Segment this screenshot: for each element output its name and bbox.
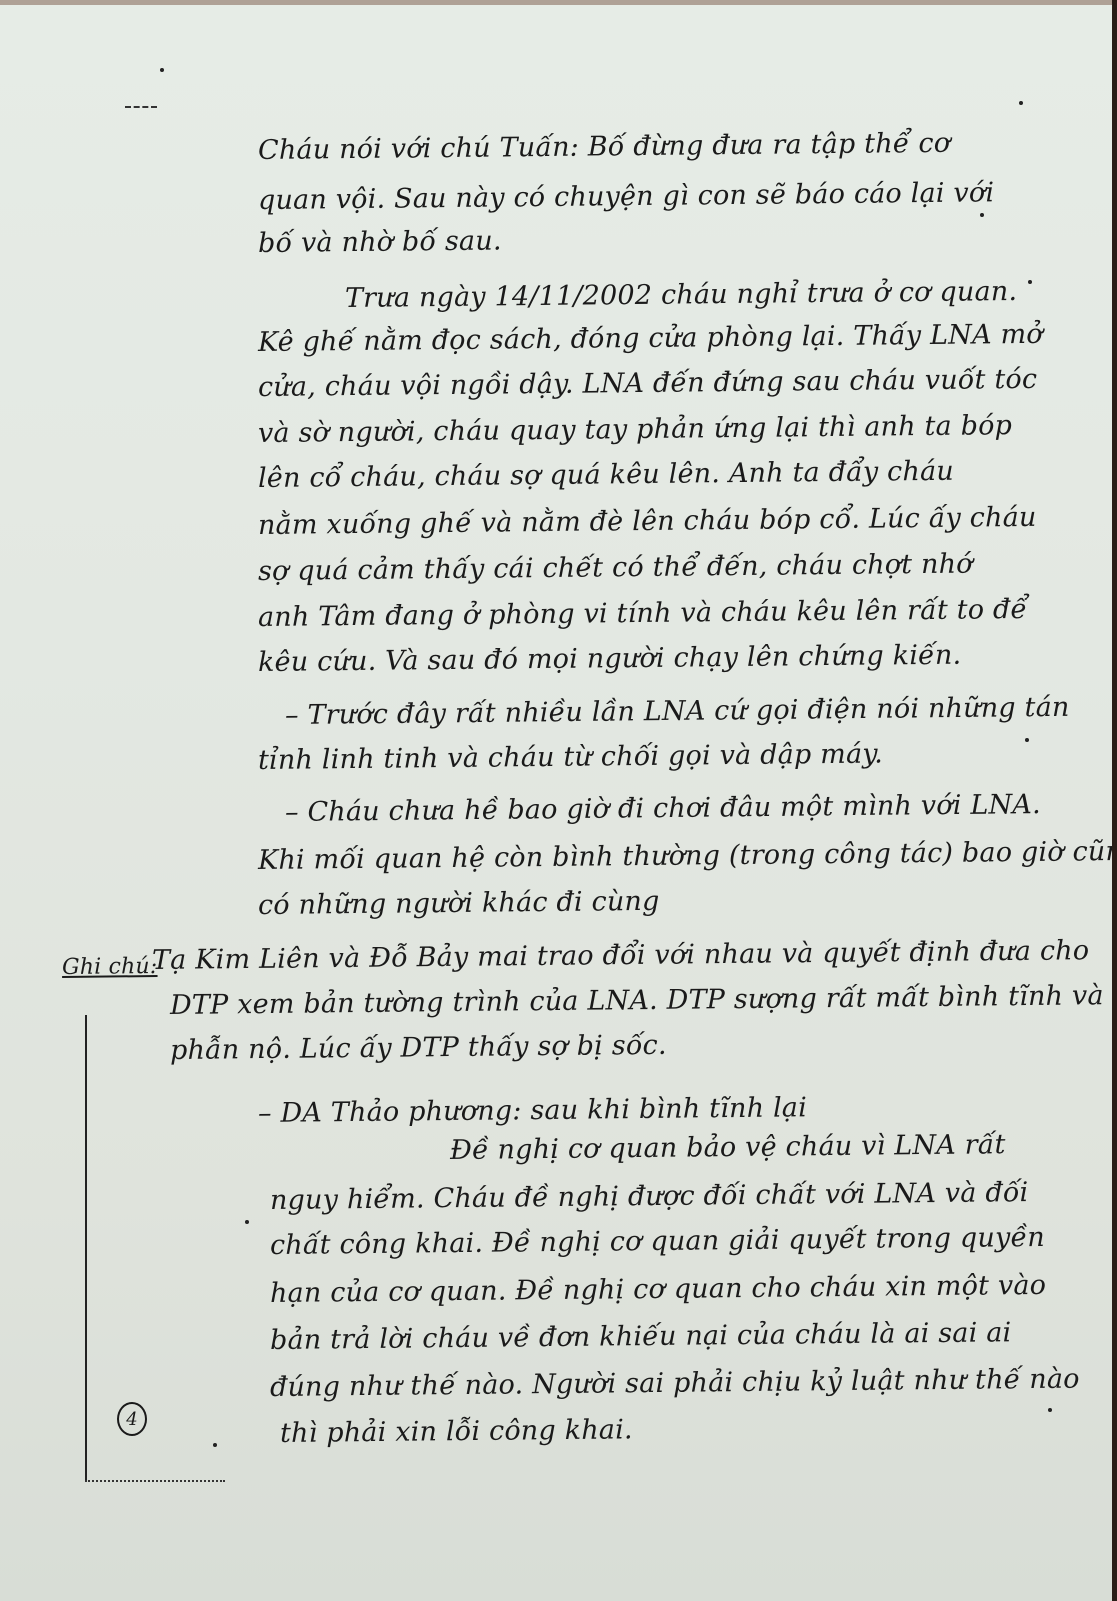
text-line: đúng như thế nào. Người sai phải chịu kỷ… bbox=[270, 1364, 1080, 1403]
text-line: và sờ người, cháu quay tay phản ứng lại … bbox=[258, 410, 1012, 449]
scanned-page: Cháu nói với chú Tuấn: Bố đừng đưa ra tậ… bbox=[0, 0, 1112, 1601]
text-line: tỉnh linh tinh và cháu từ chối gọi và dậ… bbox=[258, 738, 883, 776]
text-line: hạn của cơ quan. Đề nghị cơ quan cho chá… bbox=[270, 1270, 1046, 1309]
scan-speck bbox=[1028, 280, 1032, 284]
text-line: – DA Thảo phương: sau khi bình tĩnh lại bbox=[258, 1092, 807, 1129]
scan-speck bbox=[1048, 1408, 1052, 1412]
scan-speck bbox=[1019, 101, 1023, 105]
scan-speck bbox=[160, 68, 164, 72]
text-line: cửa, cháu vội ngồi dậy. LNA đến đứng sau… bbox=[258, 364, 1038, 403]
text-line: Cháu nói với chú Tuấn: Bố đừng đưa ra tậ… bbox=[258, 128, 951, 166]
text-line: Tạ Kim Liên và Đỗ Bảy mai trao đổi với n… bbox=[152, 935, 1090, 976]
scan-speck bbox=[1025, 738, 1029, 742]
scan-top-shadow bbox=[0, 0, 1117, 5]
text-line: phẫn nộ. Lúc ấy DTP thấy sợ bị sốc. bbox=[170, 1030, 667, 1066]
text-line: Khi mối quan hệ còn bình thường (trong c… bbox=[258, 836, 1117, 876]
text-line: bố và nhờ bố sau. bbox=[258, 225, 502, 259]
page-number-circle: 4 bbox=[117, 1402, 147, 1436]
text-line: chất công khai. Đề nghị cơ quan giải quy… bbox=[270, 1222, 1045, 1261]
margin-dash-mark bbox=[125, 106, 157, 110]
text-line: bản trả lời cháu về đơn khiếu nại của ch… bbox=[270, 1317, 1012, 1356]
text-line: Trưa ngày 14/11/2002 cháu nghỉ trưa ở cơ… bbox=[345, 276, 1018, 314]
text-line: có những người khác đi cùng bbox=[258, 886, 660, 921]
scan-right-edge bbox=[1112, 0, 1117, 1601]
text-line: nằm xuống ghế và nằm đè lên cháu bóp cổ.… bbox=[258, 502, 1037, 541]
margin-bracket-base bbox=[85, 1480, 225, 1482]
text-line: DTP xem bản tường trình của LNA. DTP sượ… bbox=[170, 980, 1104, 1021]
scan-speck bbox=[213, 1443, 217, 1447]
text-line: anh Tâm đang ở phòng vi tính và cháu kêu… bbox=[258, 594, 1028, 633]
text-line: thì phải xin lỗi công khai. bbox=[280, 1414, 633, 1449]
text-line: Kê ghế nằm đọc sách, đóng cửa phòng lại.… bbox=[258, 319, 1043, 358]
text-line: quan vội. Sau này có chuyện gì con sẽ bá… bbox=[258, 177, 995, 216]
text-line: – Cháu chưa hề bao giờ đi chơi đâu một m… bbox=[285, 789, 1041, 828]
text-line: – Trước đây rất nhiều lần LNA cứ gọi điệ… bbox=[285, 692, 1070, 731]
text-line: kêu cứu. Và sau đó mọi người chạy lên ch… bbox=[258, 640, 962, 678]
scan-speck bbox=[980, 213, 984, 217]
margin-bracket-line bbox=[85, 1015, 87, 1480]
text-line: sợ quá cảm thấy cái chết có thể đến, chá… bbox=[258, 549, 973, 587]
text-line: nguy hiểm. Cháu đề nghị được đối chất vớ… bbox=[270, 1177, 1029, 1216]
note-margin-label: Ghi chú: bbox=[62, 954, 158, 980]
text-line: Đề nghị cơ quan bảo vệ cháu vì LNA rất bbox=[450, 1129, 1006, 1166]
scan-speck bbox=[245, 1220, 249, 1224]
text-line: lên cổ cháu, cháu sợ quá kêu lên. Anh ta… bbox=[258, 456, 954, 494]
